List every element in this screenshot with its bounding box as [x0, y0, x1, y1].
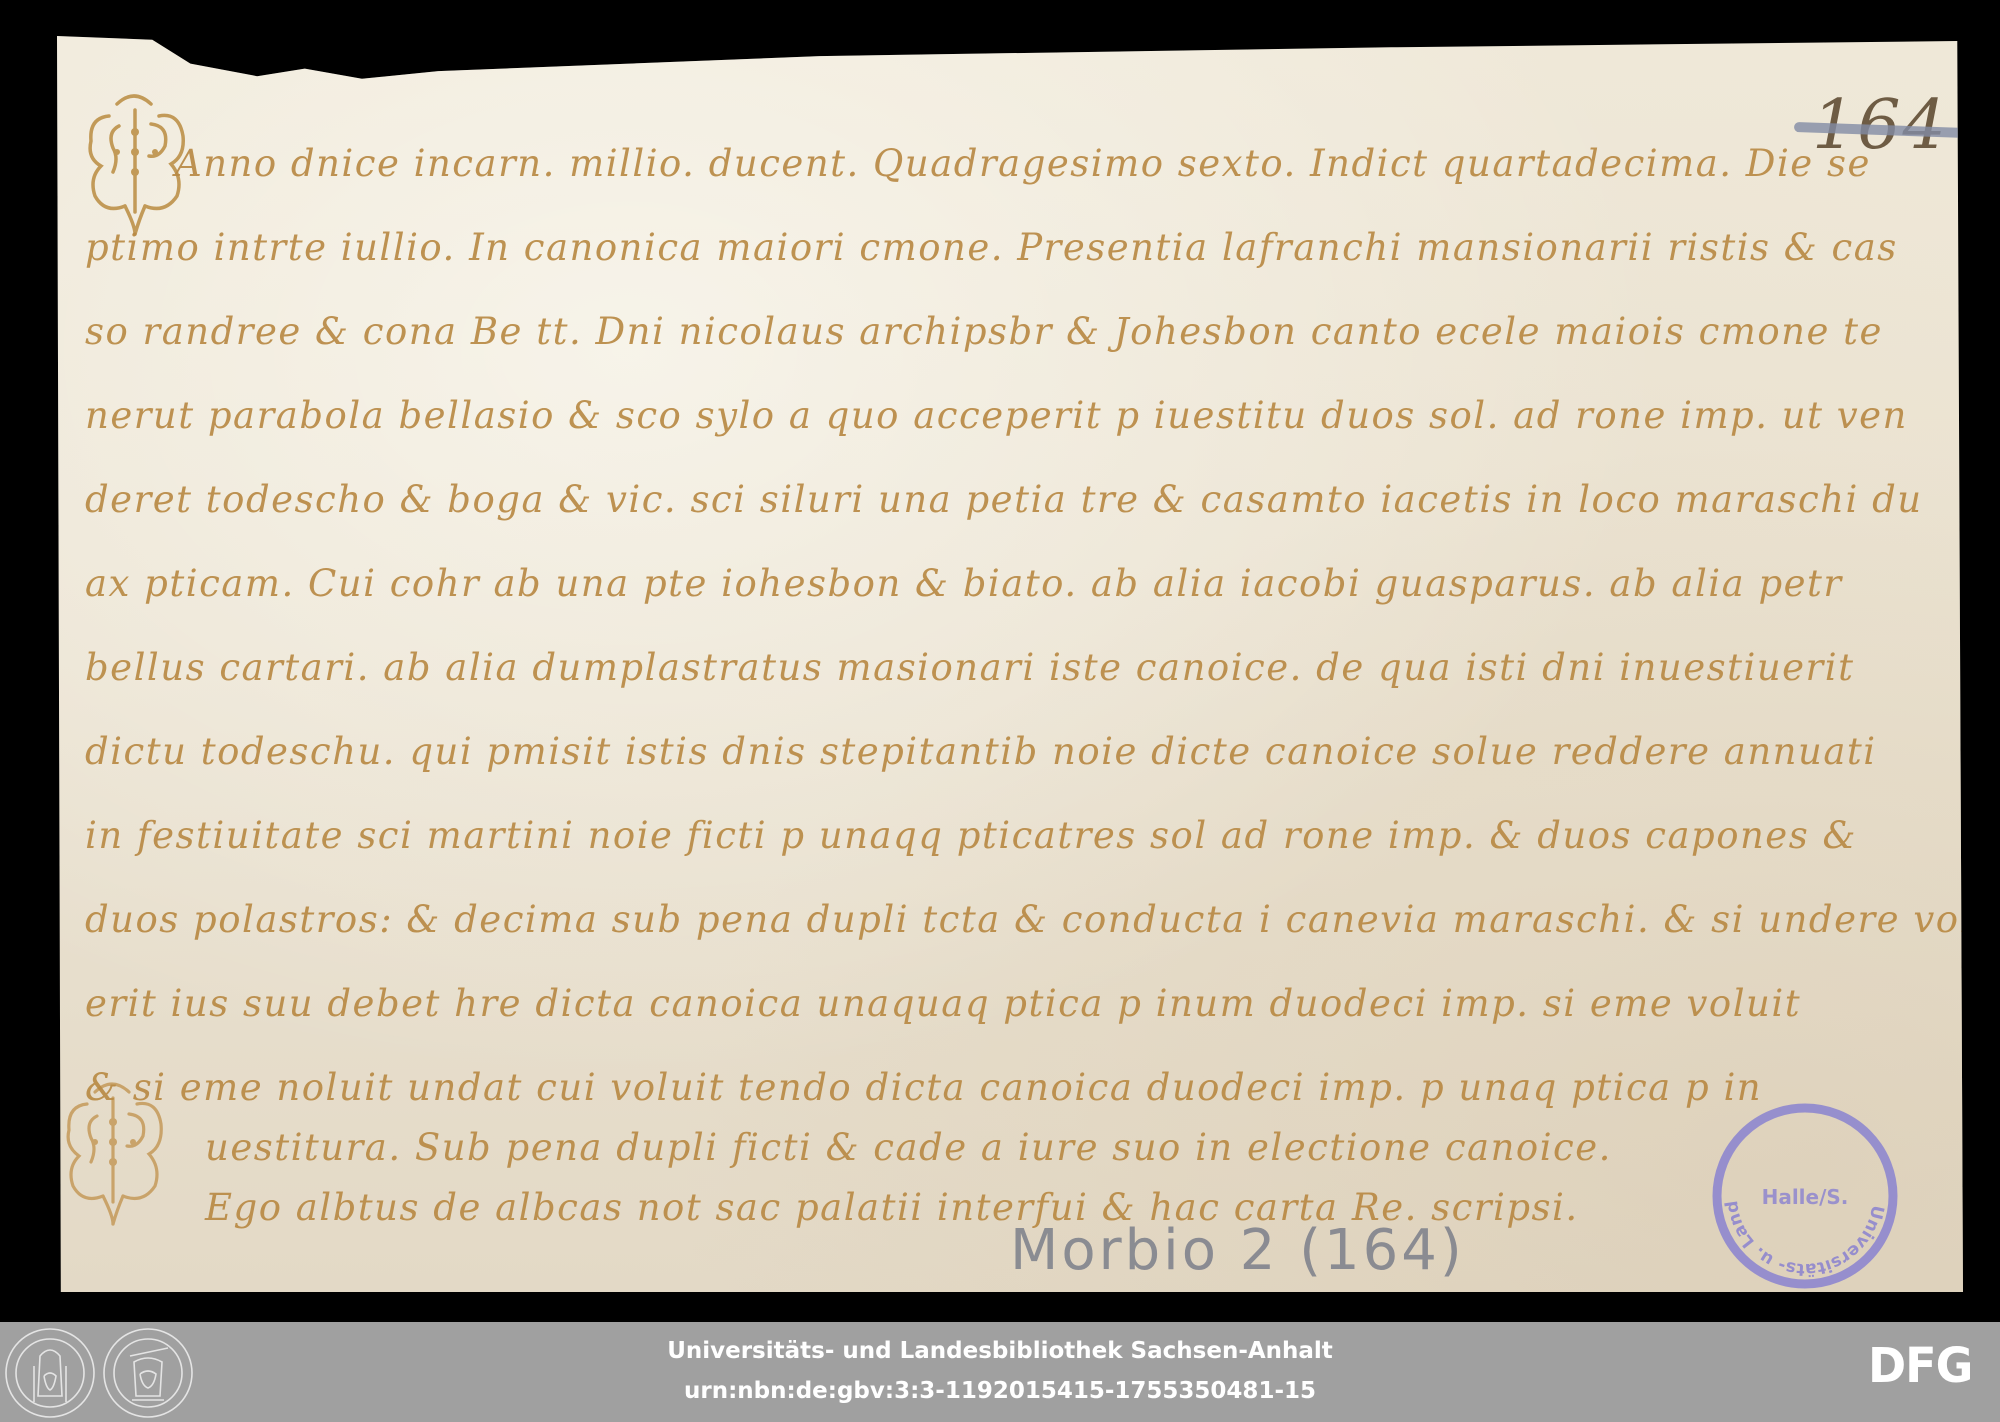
svg-text:Halle/S.: Halle/S.	[1762, 1185, 1849, 1209]
manuscript-line: & si eme noluit undat cui voluit tendo d…	[85, 1066, 1762, 1109]
urn-identifier[interactable]: urn:nbn:de:gbv:3:3-1192015415-1755350481…	[0, 1378, 2000, 1404]
library-stamp-icon: Universitäts- u. Landesbibliothek Halle/…	[1705, 1096, 1905, 1296]
manuscript-line: in festiuitate sci martini noie ficti p …	[85, 814, 1857, 857]
document-image-stage: Anno dnice incarn. millio. ducent. Quadr…	[0, 0, 2000, 1322]
archive-number: 164	[1812, 86, 1948, 165]
manuscript-line: nerut parabola bellasio & sco sylo a quo…	[85, 394, 1908, 437]
manuscript-line: Anno dnice incarn. millio. ducent. Quadr…	[175, 142, 1871, 185]
footer-bar: Universitäts- und Landesbibliothek Sachs…	[0, 1322, 2000, 1422]
institution-name: Universitäts- und Landesbibliothek Sachs…	[0, 1338, 2000, 1364]
manuscript-line: ptimo intrte iullio. In canonica maiori …	[85, 226, 1898, 269]
charter-text: Anno dnice incarn. millio. ducent. Quadr…	[57, 36, 1963, 1292]
manuscript-line: deret todescho & boga & vic. sci siluri …	[85, 478, 1923, 521]
manuscript-line: so randree & cona Be tt. Dni nicolaus ar…	[85, 310, 1883, 353]
manuscript-line: duos polastros: & decima sub pena dupli …	[85, 898, 1998, 941]
manuscript-line: uestitura. Sub pena dupli ficti & cade a…	[205, 1126, 1612, 1169]
manuscript-line: dictu todeschu. qui pmisit istis dnis st…	[85, 730, 1877, 773]
manuscript-line: bellus cartari. ab alia dumplastratus ma…	[85, 646, 1854, 689]
dfg-logo: DFG	[1868, 1337, 1972, 1394]
manuscript-line: ax pticam. Cui cohr ab una pte iohesbon …	[85, 562, 1843, 605]
pencil-shelfmark: Morbio 2 (164)	[1010, 1218, 1465, 1283]
manuscript-line: erit ius suu debet hre dicta canoica una…	[85, 982, 1801, 1025]
parchment-charter: Anno dnice incarn. millio. ducent. Quadr…	[57, 36, 1963, 1292]
